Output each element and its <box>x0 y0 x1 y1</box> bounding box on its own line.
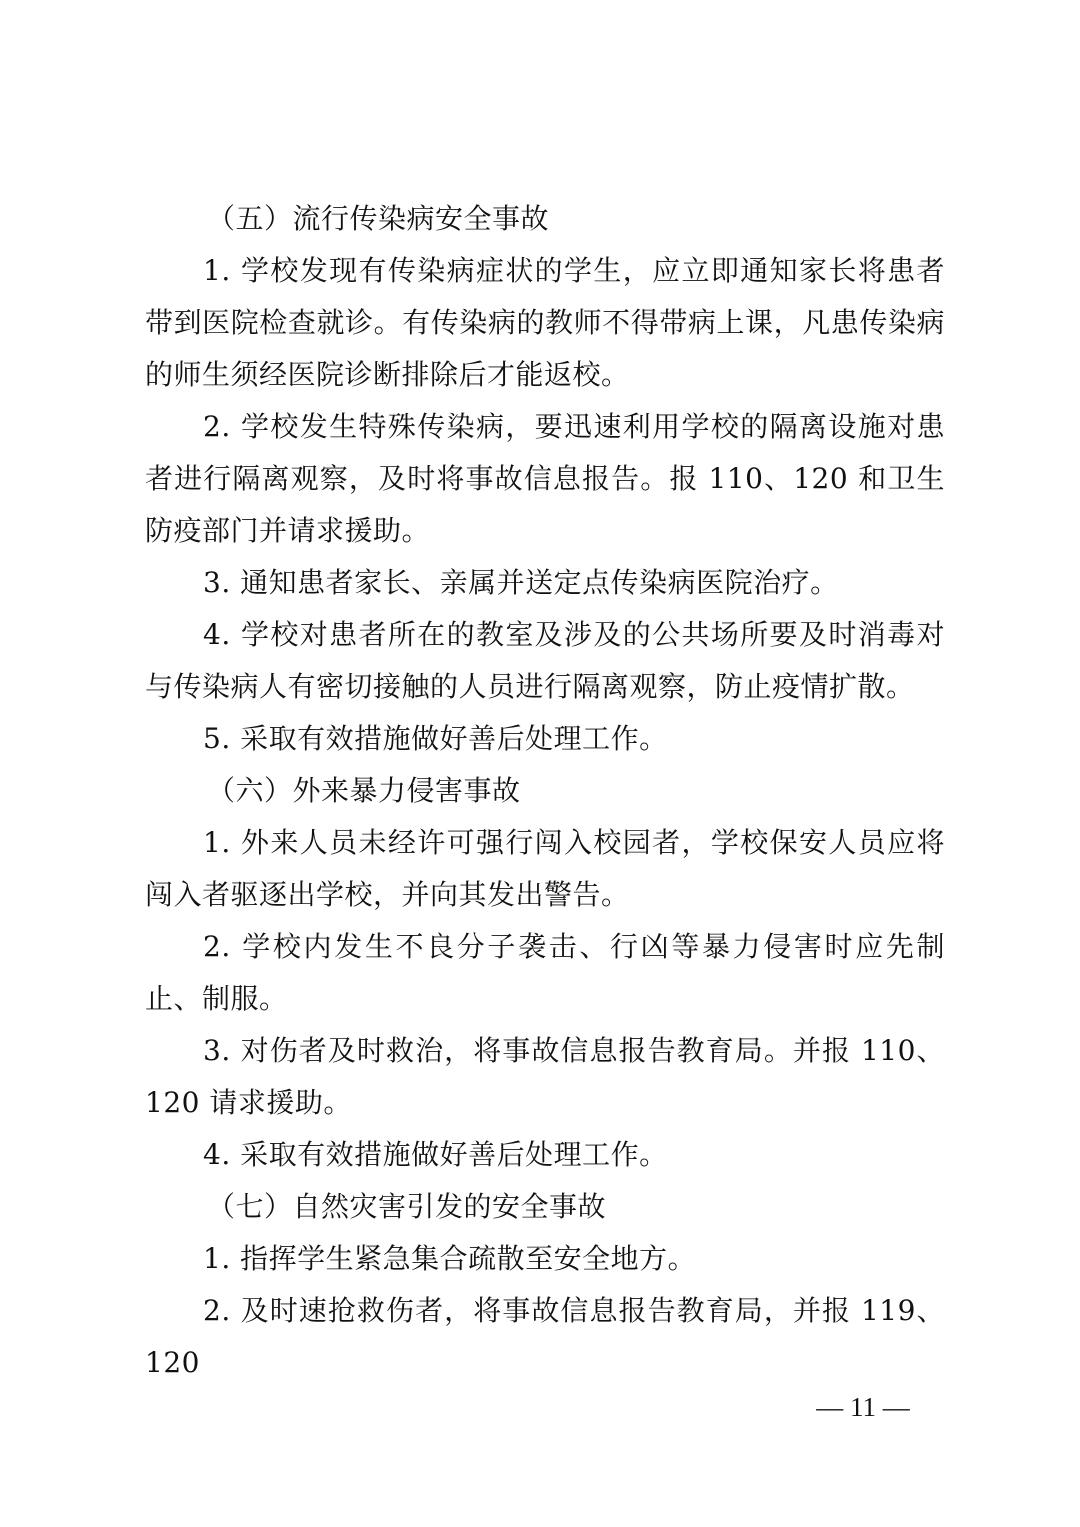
list-item: 3. 对伤者及时救治，将事故信息报告教育局。并报 110、120 请求援助。 <box>145 1025 945 1129</box>
section-natural-disaster: （七）自然灾害引发的安全事故 1. 指挥学生紧急集合疏散至安全地方。 2. 及时… <box>145 1181 945 1389</box>
list-item: 1. 指挥学生紧急集合疏散至安全地方。 <box>145 1233 945 1285</box>
section-heading: （五）流行传染病安全事故 <box>145 193 945 245</box>
section-heading: （七）自然灾害引发的安全事故 <box>145 1181 945 1233</box>
document-page: （五）流行传染病安全事故 1. 学校发现有传染病症状的学生，应立即通知家长将患者… <box>145 193 945 1389</box>
section-heading: （六）外来暴力侵害事故 <box>145 765 945 817</box>
section-external-violence: （六）外来暴力侵害事故 1. 外来人员未经许可强行闯入校园者，学校保安人员应将闯… <box>145 765 945 1181</box>
list-item: 4. 采取有效措施做好善后处理工作。 <box>145 1129 945 1181</box>
page-number: — 11 — <box>808 1392 918 1423</box>
list-item: 3. 通知患者家长、亲属并送定点传染病医院治疗。 <box>145 557 945 609</box>
list-item: 5. 采取有效措施做好善后处理工作。 <box>145 713 945 765</box>
section-infectious-disease: （五）流行传染病安全事故 1. 学校发现有传染病症状的学生，应立即通知家长将患者… <box>145 193 945 765</box>
list-item: 1. 外来人员未经许可强行闯入校园者，学校保安人员应将闯入者驱逐出学校，并向其发… <box>145 817 945 921</box>
list-item: 1. 学校发现有传染病症状的学生，应立即通知家长将患者带到医院检查就诊。有传染病… <box>145 245 945 401</box>
list-item: 2. 学校发生特殊传染病，要迅速利用学校的隔离设施对患者进行隔离观察，及时将事故… <box>145 401 945 557</box>
list-item: 2. 学校内发生不良分子袭击、行凶等暴力侵害时应先制止、制服。 <box>145 921 945 1025</box>
list-item: 4. 学校对患者所在的教室及涉及的公共场所要及时消毒对与传染病人有密切接触的人员… <box>145 609 945 713</box>
list-item: 2. 及时速抢救伤者，将事故信息报告教育局，并报 119、120 <box>145 1285 945 1389</box>
